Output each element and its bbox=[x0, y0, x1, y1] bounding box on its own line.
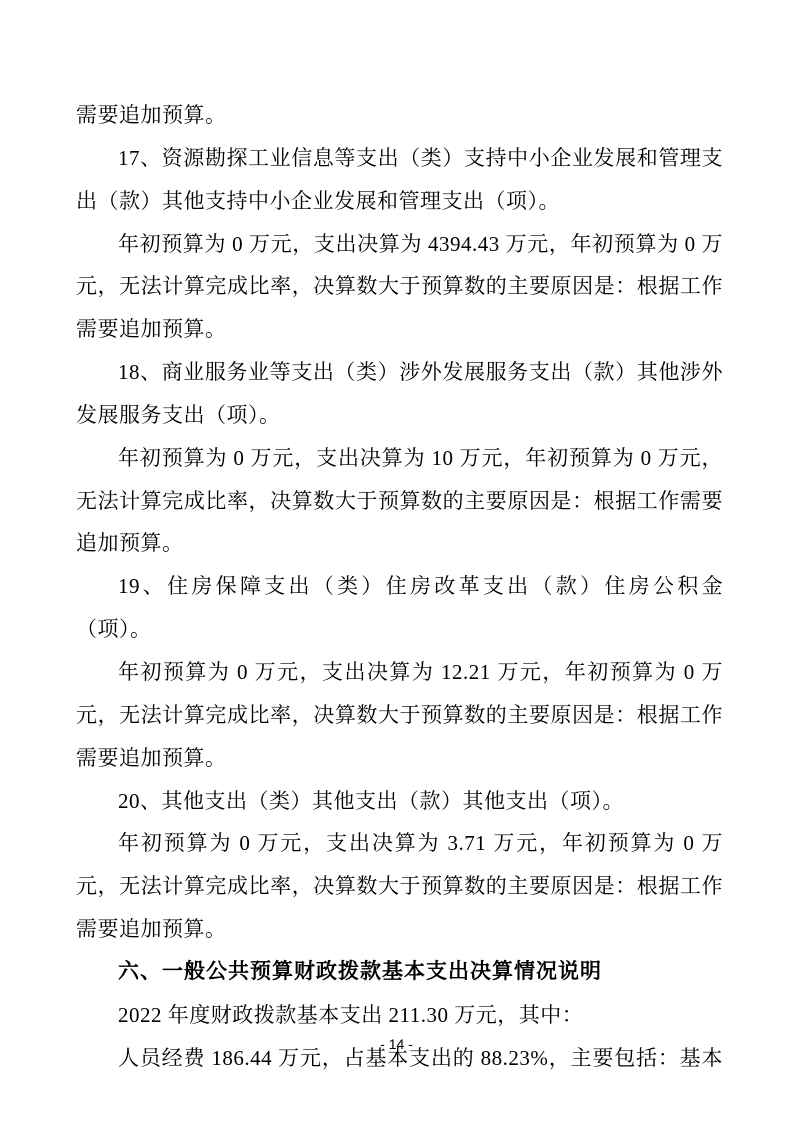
page-number: - 14 - bbox=[0, 1034, 793, 1054]
paragraph-item-19-detail: 年初预算为 0 万元，支出决算为 12.21 万元，年初预算为 0 万元，无法计… bbox=[76, 651, 723, 780]
paragraph-item-18-title: 18、商业服务业等支出（类）涉外发展服务支出（款）其他涉外发展服务支出（项）。 bbox=[76, 351, 723, 437]
paragraph-item-20-title: 20、其他支出（类）其他支出（款）其他支出（项）。 bbox=[76, 780, 723, 823]
section-heading-6: 六、一般公共预算财政拨款基本支出决算情况说明 bbox=[76, 951, 723, 994]
page-body-text: 需要追加预算。 17、资源勘探工业信息等支出（类）支持中小企业发展和管理支出（款… bbox=[76, 94, 723, 1079]
paragraph-item-17-title: 17、资源勘探工业信息等支出（类）支持中小企业发展和管理支出（款）其他支持中小企… bbox=[76, 137, 723, 223]
paragraph-item-19-title: 19、住房保障支出（类）住房改革支出（款）住房公积金（项）。 bbox=[76, 565, 723, 651]
paragraph-item-20-detail: 年初预算为 0 万元，支出决算为 3.71 万元，年初预算为 0 万元，无法计算… bbox=[76, 822, 723, 951]
document-page: 需要追加预算。 17、资源勘探工业信息等支出（类）支持中小企业发展和管理支出（款… bbox=[0, 0, 793, 1122]
paragraph-item-18-detail: 年初预算为 0 万元，支出决算为 10 万元，年初预算为 0 万元，无法计算完成… bbox=[76, 437, 723, 566]
paragraph-item-17-detail: 年初预算为 0 万元，支出决算为 4394.43 万元，年初预算为 0 万元，无… bbox=[76, 223, 723, 352]
paragraph-basic-expense-total: 2022 年度财政拨款基本支出 211.30 万元，其中： bbox=[76, 994, 723, 1037]
paragraph-continuation: 需要追加预算。 bbox=[76, 94, 723, 137]
